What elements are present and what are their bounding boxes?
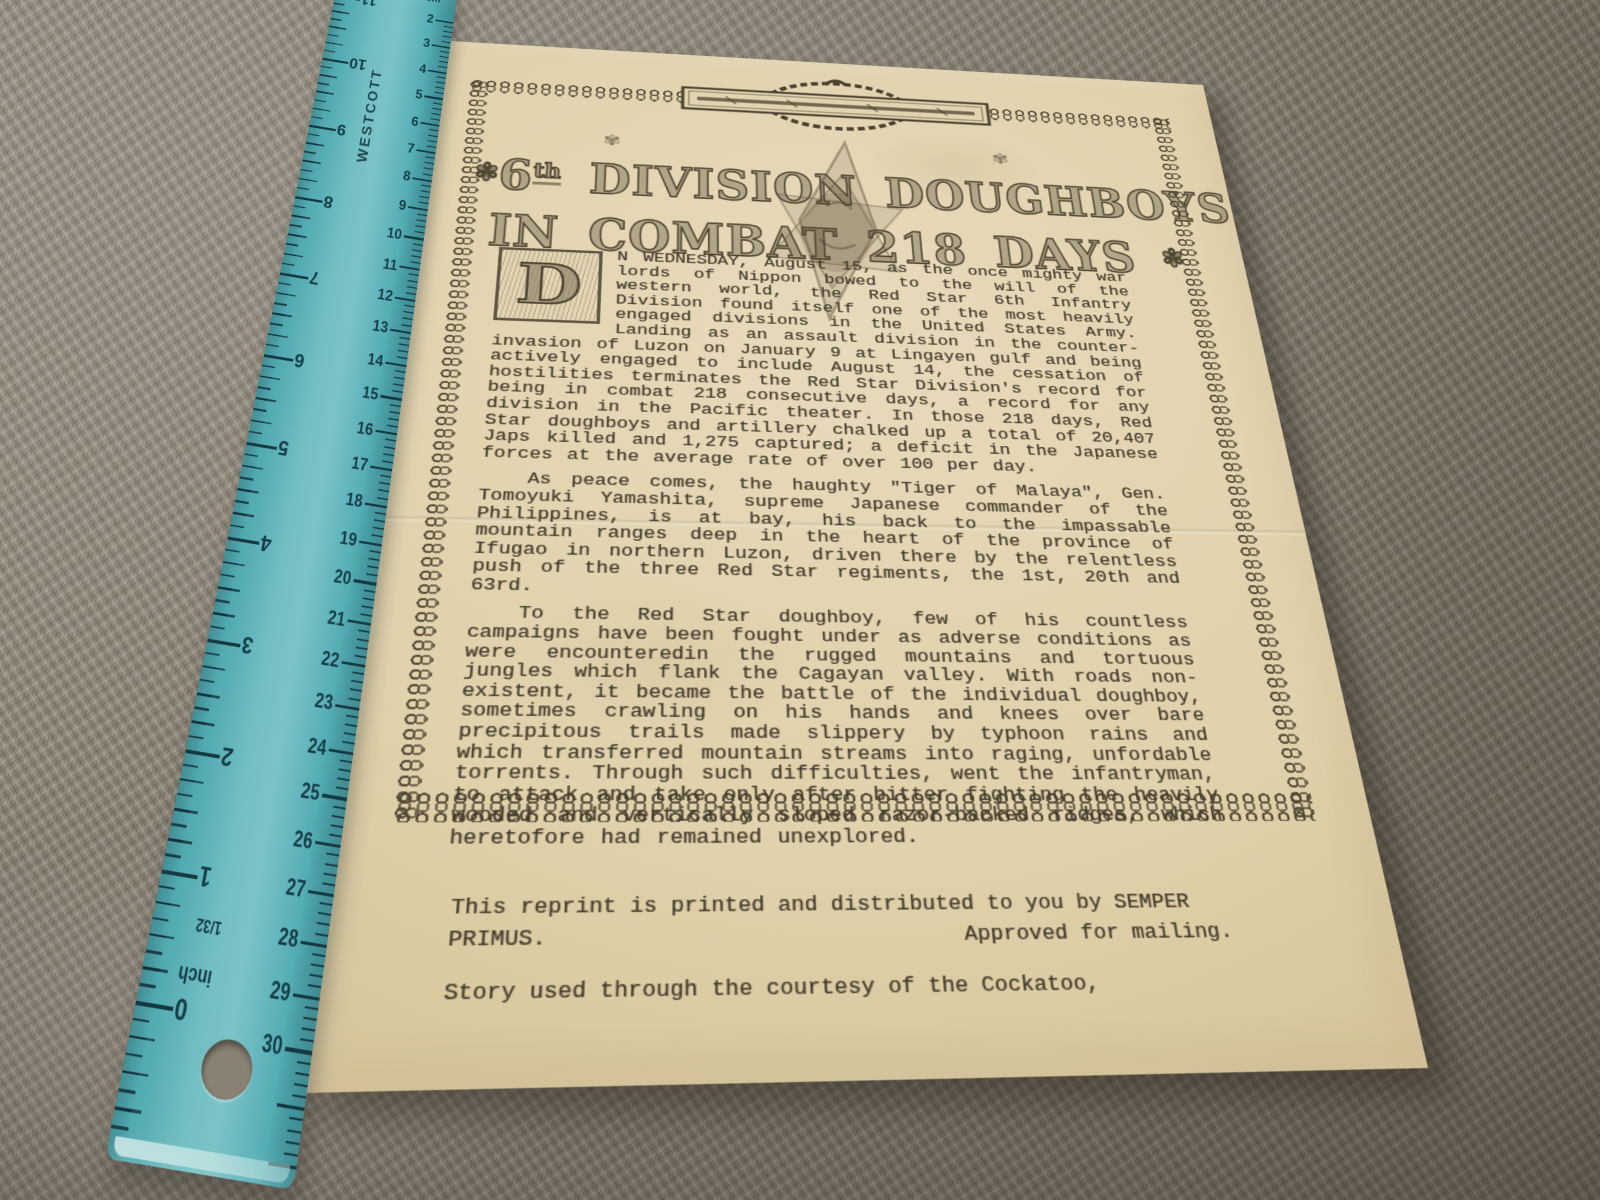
ruler-cm-number: 18 — [344, 489, 364, 512]
ruler-cm-number: 7 — [406, 140, 415, 156]
ruler-cm-number: 8 — [402, 168, 412, 185]
ruler-inch-label: inch — [176, 959, 214, 990]
ruler-cm-number: 29 — [268, 974, 292, 1007]
ruler-cm-number: 13 — [371, 317, 389, 337]
flower-ornament-icon: ✾ — [991, 150, 1010, 168]
body-text: D N WEDNESDAY, August 15, as the once mi… — [447, 245, 1229, 862]
ruler-cm-number: 19 — [339, 526, 359, 550]
ruler-cm-number: 23 — [313, 689, 334, 716]
approved-note: Approved for mailing. — [963, 917, 1235, 951]
ruler-cm-number: 27 — [284, 873, 307, 904]
ruler-cm-number: 25 — [299, 778, 321, 807]
combat-infantryman-badge-icon — [664, 67, 1010, 144]
ruler-cm-number: 9 — [398, 196, 408, 213]
ruler-cm-number: 26 — [292, 824, 315, 854]
ruler-cm-number: 20 — [332, 565, 352, 590]
flower-ornament-icon: ✾ — [1159, 244, 1187, 273]
ruler-inch-number: 8 — [322, 191, 335, 212]
ruler-cm-number: 2 — [426, 11, 435, 26]
ruler-cm-number: 28 — [276, 923, 300, 955]
ruler-inch-number: 9 — [335, 120, 347, 140]
ruler-cm-number: 14 — [366, 349, 384, 370]
ruler-cm-number: 10 — [386, 224, 403, 243]
ruler-cm-number: 3 — [422, 36, 431, 51]
footer-line-2-left: PRIMUS. — [447, 923, 547, 956]
ruler-cm-number: 21 — [326, 605, 347, 630]
ruler-cm-number: 16 — [356, 417, 375, 439]
ruler-cm-number: 6 — [410, 113, 419, 129]
ruler-inch-number: 11 — [360, 0, 379, 9]
ruler-cm-number: 22 — [320, 646, 341, 672]
ruler-cm-number: 11 — [382, 254, 399, 273]
footer-block: This reprint is printed and distributed … — [442, 887, 1244, 1011]
story-credit-line: Story used through the courtesy of the C… — [442, 966, 1244, 1010]
ruler-fraction-label: 1/32 — [194, 914, 223, 938]
ruler-cm-number: 15 — [361, 383, 380, 404]
ruler-cm-number: 5 — [414, 87, 423, 103]
ruler-inch-number: 10 — [348, 53, 368, 73]
ruler-brand-label: WESTCOTT — [353, 67, 385, 164]
ruler-hang-hole — [197, 1036, 257, 1104]
title-number: 6 — [496, 151, 535, 201]
paragraph: To the Red Star doughboy, few of his cou… — [448, 605, 1227, 851]
title-ordinal-suffix: th — [533, 158, 562, 185]
ruler-cm-label: cm — [425, 0, 441, 6]
flower-ornament-icon: ✾ — [473, 158, 500, 187]
ruler-cm-number: 17 — [350, 453, 369, 476]
ruler-cm-number: 4 — [418, 61, 427, 76]
paragraph: As peace comes, the haughty "Tiger of Ma… — [470, 470, 1185, 606]
drop-cap: D — [493, 247, 603, 324]
ruler-cm-number: 24 — [306, 732, 328, 760]
ruler-cm-number: 30 — [260, 1028, 285, 1062]
ruler-cm-number: 12 — [376, 285, 394, 305]
